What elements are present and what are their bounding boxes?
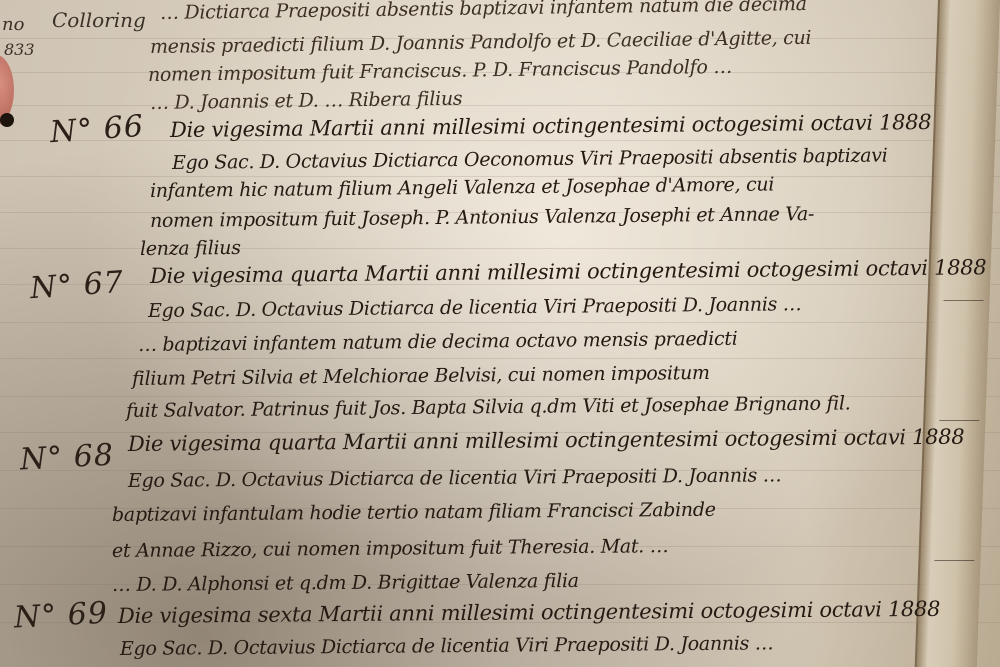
- entry-line: Ego Sac. D. Octavius Dictiarca de licent…: [148, 293, 802, 322]
- entry-line: mensis praedicti filium D. Joannis Pando…: [150, 27, 812, 58]
- entry-line: Ego Sac. D. Octavius Dictiarca de licent…: [128, 464, 782, 492]
- entry-number-68: N° 68: [19, 438, 115, 478]
- entry-number-69: N° 69: [13, 596, 109, 636]
- entry-number-66: N° 66: [49, 109, 145, 150]
- entry-line: lenza filius: [140, 237, 241, 260]
- ruled-line: [0, 358, 1000, 359]
- entry-line: … D. Joannis et D. … Ribera filius: [150, 88, 463, 114]
- entry-line: infantem hic natum filium Angeli Valenza…: [150, 173, 774, 202]
- entry-date-line: Die vigesima sexta Martii anni millesimi…: [118, 597, 940, 628]
- margin-surname: Colloring: [52, 8, 146, 32]
- entry-line: Ego Sac. D. Octavius Dictiarca Oeconomus…: [172, 145, 888, 174]
- ink-blot: [0, 113, 14, 127]
- entry-line: … baptizavi infantem natum die decima oc…: [138, 328, 738, 356]
- entry-line: Ego Sac. D. Octavius Dictiarca de licent…: [120, 632, 774, 660]
- entry-line: baptizavi infantulam hodie tertio natam …: [112, 499, 716, 526]
- margin-fragment: no: [2, 14, 24, 35]
- ruled-line: [0, 140, 1000, 141]
- entry-line: … Dictiarca Praepositi absentis baptizav…: [160, 0, 807, 24]
- entry-line: … D. D. Alphonsi et q.dm D. Brigittae Va…: [112, 570, 579, 596]
- entry-number-67: N° 67: [29, 265, 125, 306]
- entry-date-line: Die vigesima quarta Martii anni millesim…: [128, 425, 965, 456]
- entry-line: nomen impositum fuit Joseph. P. Antonius…: [150, 203, 814, 232]
- entry-line: et Annae Rizzo, cui nomen impositum fuit…: [112, 535, 669, 562]
- ruled-line: [0, 322, 1000, 323]
- margin-number: 833: [4, 40, 35, 59]
- entry-date-line: Die vigesima Martii anni millesimi octin…: [170, 110, 932, 142]
- entry-line: filium Petri Silvia et Melchiorae Belvis…: [132, 362, 710, 390]
- register-page-photo: no Colloring 833 N° 66 N° 67 N° 68 N° 69…: [0, 0, 1000, 667]
- page-fold: [915, 0, 1000, 667]
- entry-line: nomen impositum fuit Franciscus. P. D. F…: [148, 56, 732, 86]
